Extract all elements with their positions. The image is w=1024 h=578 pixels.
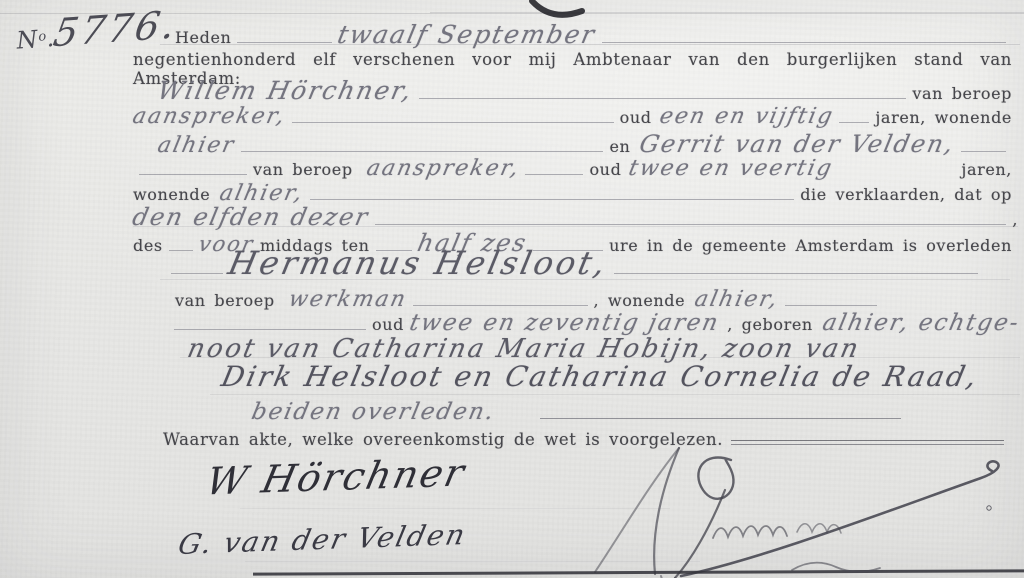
line-deceased-occupation-residence: van beroep werkman , wonende alhier,	[175, 287, 990, 312]
scan-rule-line	[430, 12, 1024, 13]
handwritten-name: Gerrit van der Velden,	[637, 130, 958, 158]
printed-text: Heden	[175, 28, 231, 47]
line-parents-deceased: beiden overleden.	[252, 399, 907, 425]
printed-text: oud	[372, 315, 404, 334]
handwritten-occupation: aanspreker,	[130, 104, 288, 129]
fill-rule	[525, 174, 583, 175]
fill-rule	[614, 273, 978, 274]
line-death-date: den elfden dezer ,	[133, 203, 1018, 231]
signature-witness1: W Hörchner	[202, 451, 470, 504]
printed-text: die verklaarden, dat op	[800, 185, 1012, 204]
handwritten-age: een en vijftig	[657, 104, 836, 129]
line-declarant1-name: Willem Hörchner, van beroep	[158, 76, 1012, 105]
printed-text: jaren,	[961, 160, 1012, 179]
line-deceased-age-birthplace: oud twee en zeventig jaren , geboren alh…	[168, 310, 1016, 336]
scan-rule-line	[210, 394, 1020, 395]
fill-rule	[171, 273, 223, 274]
line-declarant2-occupation-age: van beroep aanspreker, oud twee en veert…	[133, 156, 1012, 181]
fill-rule	[839, 122, 869, 123]
number-prefix: N	[16, 25, 40, 54]
printed-text: des	[133, 236, 163, 255]
printed-text: van beroep	[912, 84, 1012, 103]
fill-rule	[292, 122, 614, 123]
bottom-rule-flourish	[788, 554, 884, 578]
fill-rule	[602, 42, 1006, 43]
handwritten-parents: Dirk Helsloot en Catharina Cornelia de R…	[218, 360, 981, 393]
handwritten-birthplace: alhier, echtge-	[820, 310, 1022, 336]
printed-text: , wonende	[594, 291, 686, 310]
handwritten-occupation: werkman	[286, 287, 409, 312]
handwritten-age: twee en zeventig jaren	[407, 310, 722, 336]
handwritten-residence: alhier	[155, 133, 237, 158]
fill-rule	[174, 329, 366, 330]
fill-rule	[413, 305, 588, 306]
printed-text: ,	[1012, 210, 1018, 229]
fill-rule	[139, 174, 247, 175]
line-heden-date: Heden twaalf September	[175, 20, 1012, 49]
printed-text: oud	[589, 160, 621, 179]
handwritten-deceased-name: Hermanus Helsloot,	[225, 244, 612, 282]
fill-rule	[237, 42, 332, 43]
number-value: 5776.	[51, 2, 182, 55]
handwritten-name: Willem Hörchner,	[155, 76, 416, 105]
handwritten-age: twee en veertig	[627, 156, 836, 181]
line-declarant1-residence: alhier en Gerrit van der Velden,	[158, 130, 1012, 158]
printed-text: en	[609, 137, 630, 156]
fill-rule	[961, 151, 1006, 152]
printed-text: jaren, wonende	[875, 108, 1012, 127]
printed-text: van beroep	[253, 160, 353, 179]
line-declarant1-occupation-age: aanspreker, oud een en vijftig jaren, wo…	[133, 104, 1012, 129]
printed-text: wonende	[133, 185, 210, 204]
fill-rule	[785, 305, 877, 306]
handwritten-date: twaalf September	[335, 20, 599, 49]
ink-blot	[522, 0, 592, 22]
printed-text: , geboren	[727, 315, 813, 334]
handwritten-text: beiden overleden.	[249, 399, 498, 425]
death-certificate-scan: No.5776. Heden twaalf September negentie…	[0, 0, 1024, 578]
printed-text: van beroep	[175, 291, 275, 310]
fill-rule	[241, 151, 604, 152]
line-deceased-name: Hermanus Helsloot,	[165, 244, 984, 282]
line-parents: Dirk Helsloot en Catharina Cornelia de R…	[222, 360, 978, 393]
fill-rule	[310, 199, 794, 200]
handwritten-residence: alhier,	[693, 287, 782, 312]
signature-witness2: G. van der Velden	[175, 518, 469, 561]
fill-rule	[540, 418, 901, 419]
handwritten-occupation: aanspreker,	[364, 156, 522, 181]
fill-rule	[419, 98, 907, 99]
fill-rule	[375, 224, 1006, 225]
handwritten-date: den elfden dezer	[130, 203, 372, 231]
printed-text: oud	[620, 108, 652, 127]
